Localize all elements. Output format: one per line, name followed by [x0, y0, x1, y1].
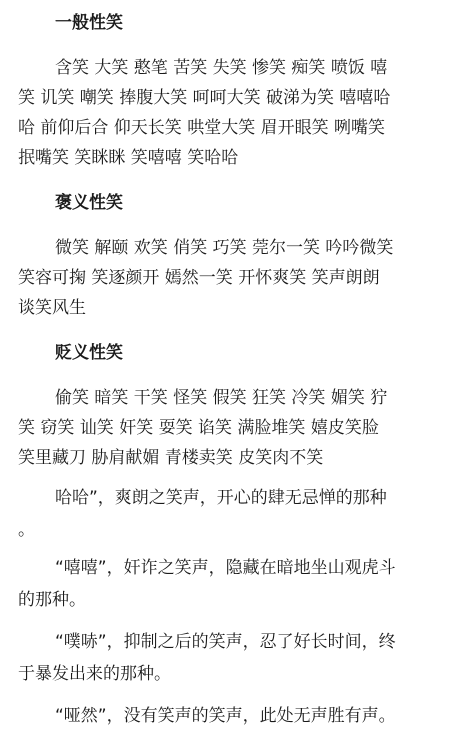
section-line: 微笑 解颐 欢笑 俏笑 巧笑 莞尔一笑 吟吟微笑 [55, 238, 393, 258]
paragraph-haha-line: 。 [18, 520, 35, 540]
section-line: 哈 前仰后合 仰天长笑 哄堂大笑 眉开眼笑 咧嘴笑 [18, 118, 385, 138]
paragraph-haha-line: 哈哈”，爽朗之笑声，开心的肆无忌惮的那种 [55, 488, 387, 508]
document-page: 一般性笑 含笑 大笑 憨笔 苦笑 失笑 惨笑 痴笑 喷饭 嘻 笑 讥笑 嘲笑 捧… [0, 0, 452, 736]
section-line: 谈笑风生 [18, 298, 86, 318]
paragraph-yaran-line: “哑然”，没有笑声的笑声，此处无声胜有声。 [55, 706, 396, 726]
paragraph-xixi-line: 的那种。 [18, 590, 86, 610]
paragraph-puchi-line: “噗哧”，抑制之后的笑声，忍了好长时间，终 [55, 632, 396, 652]
section-line: 含笑 大笑 憨笔 苦笑 失笑 惨笑 痴笑 喷饭 嘻 [55, 58, 387, 78]
paragraph-xixi-line: “嘻嘻”，奸诈之笑声，隐藏在暗地坐山观虎斗 [55, 558, 396, 578]
section-heading-general-laugh: 一般性笑 [55, 13, 123, 33]
section-line: 笑里藏刀 胁肩献媚 青楼卖笑 皮笑肉不笑 [18, 448, 323, 468]
section-line: 抿嘴笑 笑眯眯 笑嘻嘻 笑哈哈 [18, 148, 238, 168]
section-line: 偷笑 暗笑 干笑 怪笑 假笑 狂笑 冷笑 媚笑 狞 [55, 388, 387, 408]
paragraph-puchi-line: 于暴发出来的那种。 [18, 664, 171, 684]
section-line: 笑 讥笑 嘲笑 捧腹大笑 呵呵大笑 破涕为笑 嘻嘻哈 [18, 88, 390, 108]
section-heading-negative-laugh: 贬义性笑 [55, 343, 123, 363]
section-line: 笑容可掬 笑逐颜开 嫣然一笑 开怀爽笑 笑声朗朗 [18, 268, 380, 288]
section-heading-positive-laugh: 褒义性笑 [55, 193, 123, 213]
section-line: 笑 窃笑 讪笑 奸笑 耍笑 谄笑 满脸堆笑 嬉皮笑脸 [18, 418, 379, 438]
